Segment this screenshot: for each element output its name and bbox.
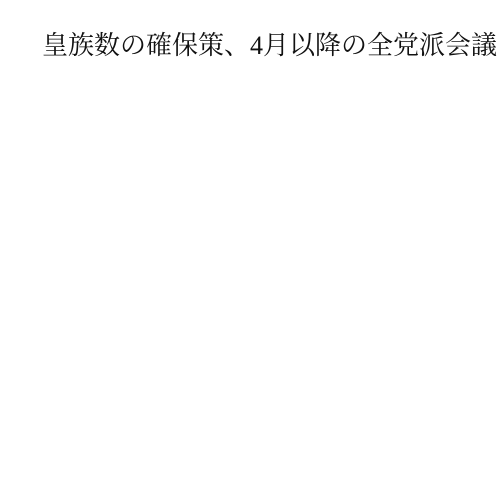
- article-headline: 皇族数の確保策、4月以降の全党派会議: [42, 31, 497, 61]
- page: 皇族数の確保策、4月以降の全党派会議: [0, 0, 500, 500]
